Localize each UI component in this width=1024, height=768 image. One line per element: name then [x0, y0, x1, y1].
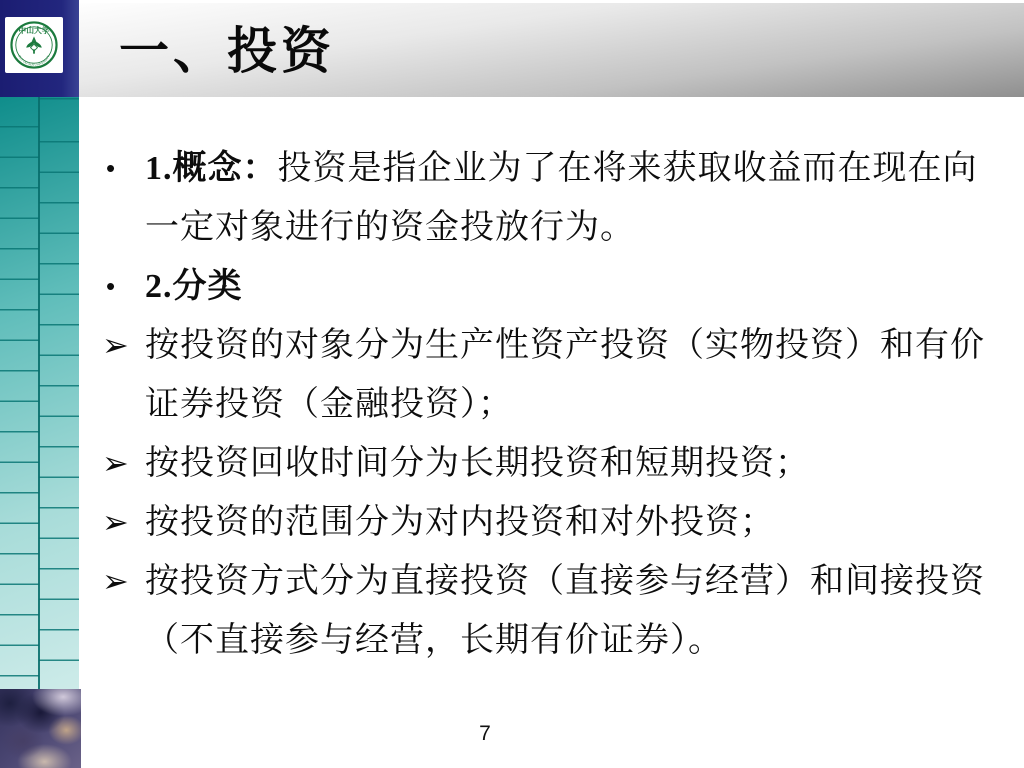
- university-seal-icon: 中山大学 SUN YAT-SEN UNIVERSITY: [8, 19, 60, 71]
- logo-block: 中山大学 SUN YAT-SEN UNIVERSITY: [0, 0, 79, 97]
- presentation-slide: 一、投资 中山大学 SUN YAT-SEN UNIVERSITY: [0, 0, 1024, 768]
- bullet-lead: 2.分类: [145, 268, 243, 305]
- logo-plate: 中山大学 SUN YAT-SEN UNIVERSITY: [5, 17, 63, 73]
- bullet-dot-icon: •: [106, 139, 116, 198]
- page-number: 7: [0, 722, 970, 746]
- bullet-lead: 1.概念：: [145, 150, 278, 187]
- arrow-item-by-object: ➢按投资的对象分为生产性资产投资（实物投资）和有价证券投资（金融投资）；: [0, 316, 990, 434]
- arrowhead-bullet-icon: ➢: [102, 552, 130, 611]
- arrow-item-by-method: ➢按投资方式分为直接投资（直接参与经营）和间接投资（不直接参与经营，长期有价证券…: [0, 552, 990, 670]
- seal-cn-text: 中山大学: [18, 25, 49, 35]
- arrowhead-bullet-icon: ➢: [102, 434, 130, 493]
- arrowhead-bullet-icon: ➢: [102, 316, 130, 375]
- bullet-text: 按投资回收时间分为长期投资和短期投资；: [145, 445, 810, 482]
- slide-body: •1.概念：投资是指企业为了在将来获取收益而在现在向一定对象进行的资金投放行为。…: [0, 139, 990, 670]
- bullet-dot-icon: •: [106, 257, 116, 316]
- bullet-text: 按投资方式分为直接投资（直接参与经营）和间接投资（不直接参与经营，长期有价证券）…: [145, 563, 985, 659]
- slide-title: 一、投资: [119, 11, 335, 83]
- arrow-item-by-recovery-time: ➢按投资回收时间分为长期投资和短期投资；: [0, 434, 990, 493]
- bullet-text: 按投资的对象分为生产性资产投资（实物投资）和有价证券投资（金融投资）；: [145, 327, 985, 423]
- arrowhead-bullet-icon: ➢: [102, 493, 130, 552]
- bullet-item-concept: •1.概念：投资是指企业为了在将来获取收益而在现在向一定对象进行的资金投放行为。: [0, 139, 990, 257]
- title-bar: 一、投资: [79, 3, 1024, 97]
- bullet-text: 按投资的范围分为对内投资和对外投资；: [145, 504, 775, 541]
- bullet-item-category: •2.分类: [0, 257, 990, 316]
- arrow-item-by-scope: ➢按投资的范围分为对内投资和对外投资；: [0, 493, 990, 552]
